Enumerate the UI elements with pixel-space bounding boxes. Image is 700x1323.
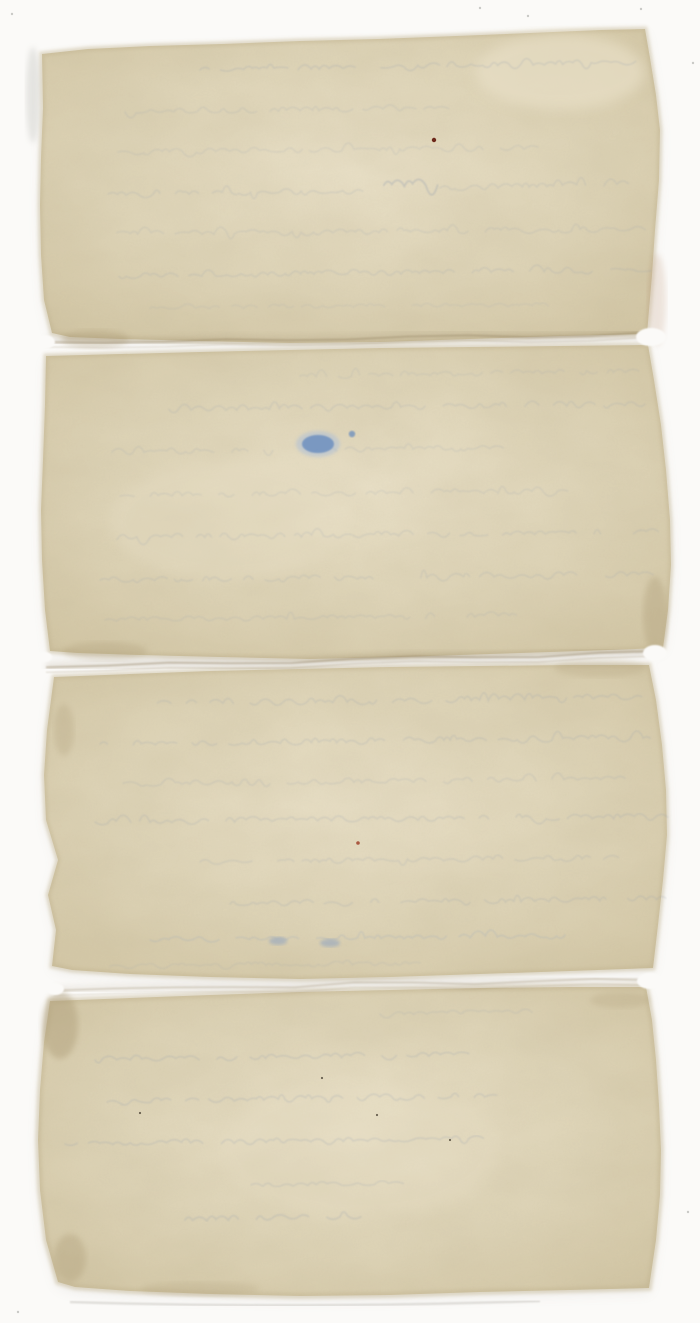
red-speck xyxy=(432,138,436,142)
dust-speck xyxy=(479,7,481,9)
paper-light-patch xyxy=(110,460,350,580)
paper-stain xyxy=(63,642,147,660)
paper-speck xyxy=(321,1077,323,1079)
torn-notch xyxy=(637,973,663,989)
paper-stain xyxy=(554,659,646,677)
paper-stain xyxy=(54,704,74,756)
red-speck xyxy=(356,841,360,845)
blue-ink-smudge xyxy=(269,937,287,945)
torn-notch xyxy=(46,983,64,995)
torn-notch xyxy=(643,645,667,661)
torn-notch xyxy=(636,328,666,346)
dust-speck xyxy=(687,1211,689,1213)
letter-scan-canvas xyxy=(0,0,700,1323)
paper-stain xyxy=(54,1234,86,1282)
blue-ink-smudge xyxy=(320,939,340,947)
dust-speck xyxy=(640,8,642,10)
paper-speck xyxy=(139,1112,141,1114)
dust-speck xyxy=(11,13,13,15)
paper-stain xyxy=(42,991,78,1059)
dust-speck xyxy=(692,62,694,64)
letter-scan: Scan of an aged, yellowed sheet of paper… xyxy=(0,0,700,1323)
dust-speck xyxy=(527,15,529,17)
paper-light-patch xyxy=(475,34,645,110)
paper-stain xyxy=(140,1282,260,1296)
torn-notch xyxy=(33,335,55,349)
torn-notch xyxy=(36,652,52,662)
ink-blot xyxy=(302,435,334,453)
ink-dot xyxy=(349,431,355,437)
paper-speck xyxy=(449,1139,451,1141)
paper-light-patch xyxy=(220,1080,500,1220)
dust-speck xyxy=(17,1311,19,1313)
paper-stain xyxy=(590,992,650,1008)
scan-shade-left xyxy=(26,47,40,143)
paper-speck xyxy=(376,1114,378,1116)
paper-stain xyxy=(643,577,667,653)
